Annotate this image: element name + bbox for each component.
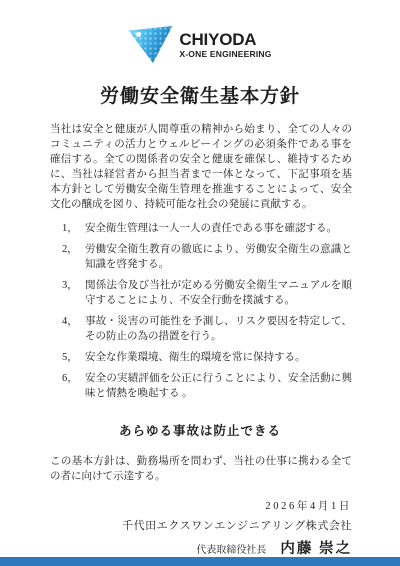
signer-name: 内藤 崇之 <box>280 537 352 558</box>
item-text: 安全衛生管理は一人一人の責任である事を確認する。 <box>85 221 352 236</box>
item-number: 1， <box>62 221 85 236</box>
issue-date: 2026年4月1日 <box>0 498 352 513</box>
closing-paragraph: この基本方針は、勤務場所を問わず、当社の仕事に携わる全ての者に向けて示達する。 <box>50 454 352 484</box>
footer-accent-bar <box>0 557 400 566</box>
list-item: 6， 安全の実績評価を公正に行うことにより、安全活動に興味と情熱を喚起する 。 <box>62 371 352 401</box>
policy-document-page: CHIYODA X-ONE ENGINEERING 労働安全衛生基本方針 当社は… <box>0 0 400 566</box>
list-item: 3， 関係法令及び当社が定める労働安全衛生マニュアルを順守することにより、不安全… <box>62 278 352 308</box>
chiyoda-triangle-icon <box>128 26 172 63</box>
safety-slogan: あらゆる事故は防止できる <box>0 421 400 439</box>
list-item: 4， 事故・災害の可能性を予測し、リスク要因を特定して、その防止の為の措置を行う… <box>62 314 352 344</box>
document-title: 労働安全衛生基本方針 <box>0 81 400 108</box>
item-text: 事故・災害の可能性を予測し、リスク要因を特定して、その防止の為の措置を行う。 <box>85 314 352 344</box>
item-text: 安全な作業環境、衛生的環境を常に保持する。 <box>85 350 352 365</box>
item-text: 安全の実績評価を公正に行うことにより、安全活動に興味と情熱を喚起する 。 <box>85 371 352 401</box>
item-text: 関係法令及び当社が定める労働安全衛生マニュアルを順守することにより、不安全行動を… <box>85 278 352 308</box>
item-number: 2， <box>62 242 85 272</box>
policy-list: 1， 安全衛生管理は一人一人の責任である事を確認する。 2， 労働安全衛生教育の… <box>62 221 352 401</box>
signer-title: 代表取締役社長 <box>196 541 266 556</box>
intro-paragraph: 当社は安全と健康が人間尊重の精神から始まり、全ての人々のコミュニティの活力とウェ… <box>50 122 352 212</box>
signer-row: 代表取締役社長 内藤 崇之 <box>196 537 352 558</box>
item-number: 3， <box>62 278 85 308</box>
company-name: 千代田エクスワンエンジニアリング株式会社 <box>0 517 352 533</box>
brand-subname: X-ONE ENGINEERING <box>179 50 271 59</box>
item-number: 6， <box>62 371 85 401</box>
brand-name: CHIYODA <box>179 31 271 48</box>
logo-wordmark: CHIYODA X-ONE ENGINEERING <box>179 31 271 59</box>
list-item: 2， 労働安全衛生教育の徹底により、労働安全衛生の意識と知識を啓発する。 <box>62 242 352 272</box>
item-number: 5， <box>62 350 85 365</box>
item-text: 労働安全衛生教育の徹底により、労働安全衛生の意識と知識を啓発する。 <box>85 242 352 272</box>
signature-block: 2026年4月1日 千代田エクスワンエンジニアリング株式会社 代表取締役社長 内… <box>0 498 352 558</box>
list-item: 1， 安全衛生管理は一人一人の責任である事を確認する。 <box>62 221 352 236</box>
item-number: 4， <box>62 314 85 344</box>
company-logo: CHIYODA X-ONE ENGINEERING <box>0 0 400 63</box>
list-item: 5， 安全な作業環境、衛生的環境を常に保持する。 <box>62 350 352 365</box>
